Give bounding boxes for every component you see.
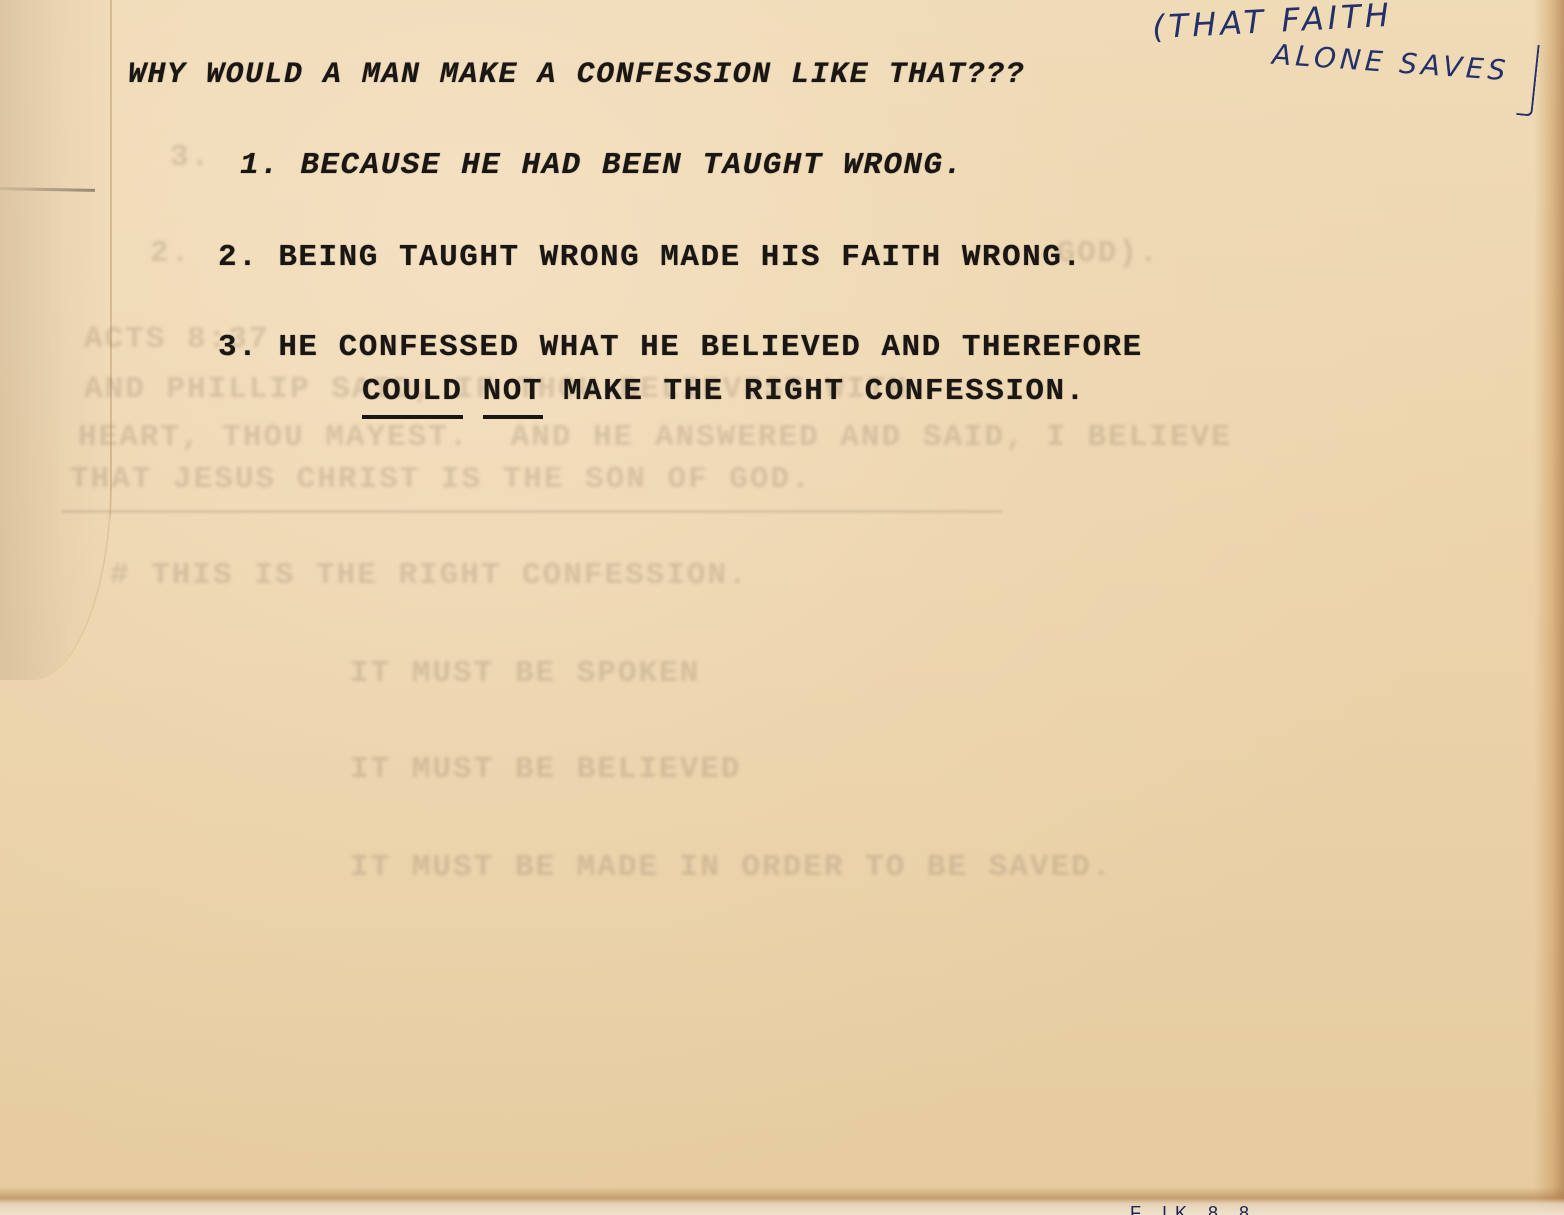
bleed-through-line: IT MUST BE SPOKEN — [350, 656, 700, 691]
underlined-word-could: COULD — [362, 374, 463, 419]
scanned-page: 3. 2. GOD). ACTS 8:37 AND PHILLIP SAID, … — [0, 0, 1564, 1215]
list-number: 1. — [240, 148, 280, 183]
list-item-1: 1. BECAUSE HE HAD BEEN TAUGHT WRONG. — [240, 148, 964, 183]
list-text: BECAUSE HE HAD BEEN TAUGHT WRONG. — [300, 148, 963, 183]
list-text: BEING TAUGHT WRONG MADE HIS FAITH WRONG. — [278, 240, 1082, 275]
list-item-2: 2. BEING TAUGHT WRONG MADE HIS FAITH WRO… — [218, 240, 1082, 275]
bleed-through-line: THAT JESUS CHRIST IS THE SON OF GOD. — [70, 462, 812, 497]
handwritten-note-line-2: ALONE SAVES — [1271, 38, 1510, 87]
page-right-edge — [1534, 0, 1564, 1215]
bleed-through-line: HEART, THOU MAYEST. AND HE ANSWERED AND … — [78, 420, 1232, 455]
list-number: 2. — [218, 240, 258, 275]
bleed-through-line: IT MUST BE BELIEVED — [350, 752, 741, 787]
bleed-through-line: 3. — [170, 140, 211, 175]
bottom-edge-text: F IK 8 8 — [1130, 1203, 1257, 1215]
list-text: MAKE THE RIGHT CONFESSION. — [563, 374, 1086, 409]
bleed-through-line: # THIS IS THE RIGHT CONFESSION. — [110, 558, 749, 593]
page-bottom-edge — [0, 1187, 1564, 1215]
bleed-through-underline — [62, 510, 1002, 513]
bleed-through-line: IT MUST BE MADE IN ORDER TO BE SAVED. — [350, 850, 1112, 885]
list-text: HE CONFESSED WHAT HE BELIEVED AND THEREF… — [278, 330, 1142, 365]
list-number: 3. — [218, 330, 258, 365]
list-item-3-continuation: COULD NOT MAKE THE RIGHT CONFESSION. — [362, 374, 1086, 419]
document-heading: WHY WOULD A MAN MAKE A CONFESSION LIKE T… — [128, 58, 1025, 92]
list-item-3: 3. HE CONFESSED WHAT HE BELIEVED AND THE… — [218, 330, 1143, 365]
underlined-word-not: NOT — [483, 374, 543, 419]
